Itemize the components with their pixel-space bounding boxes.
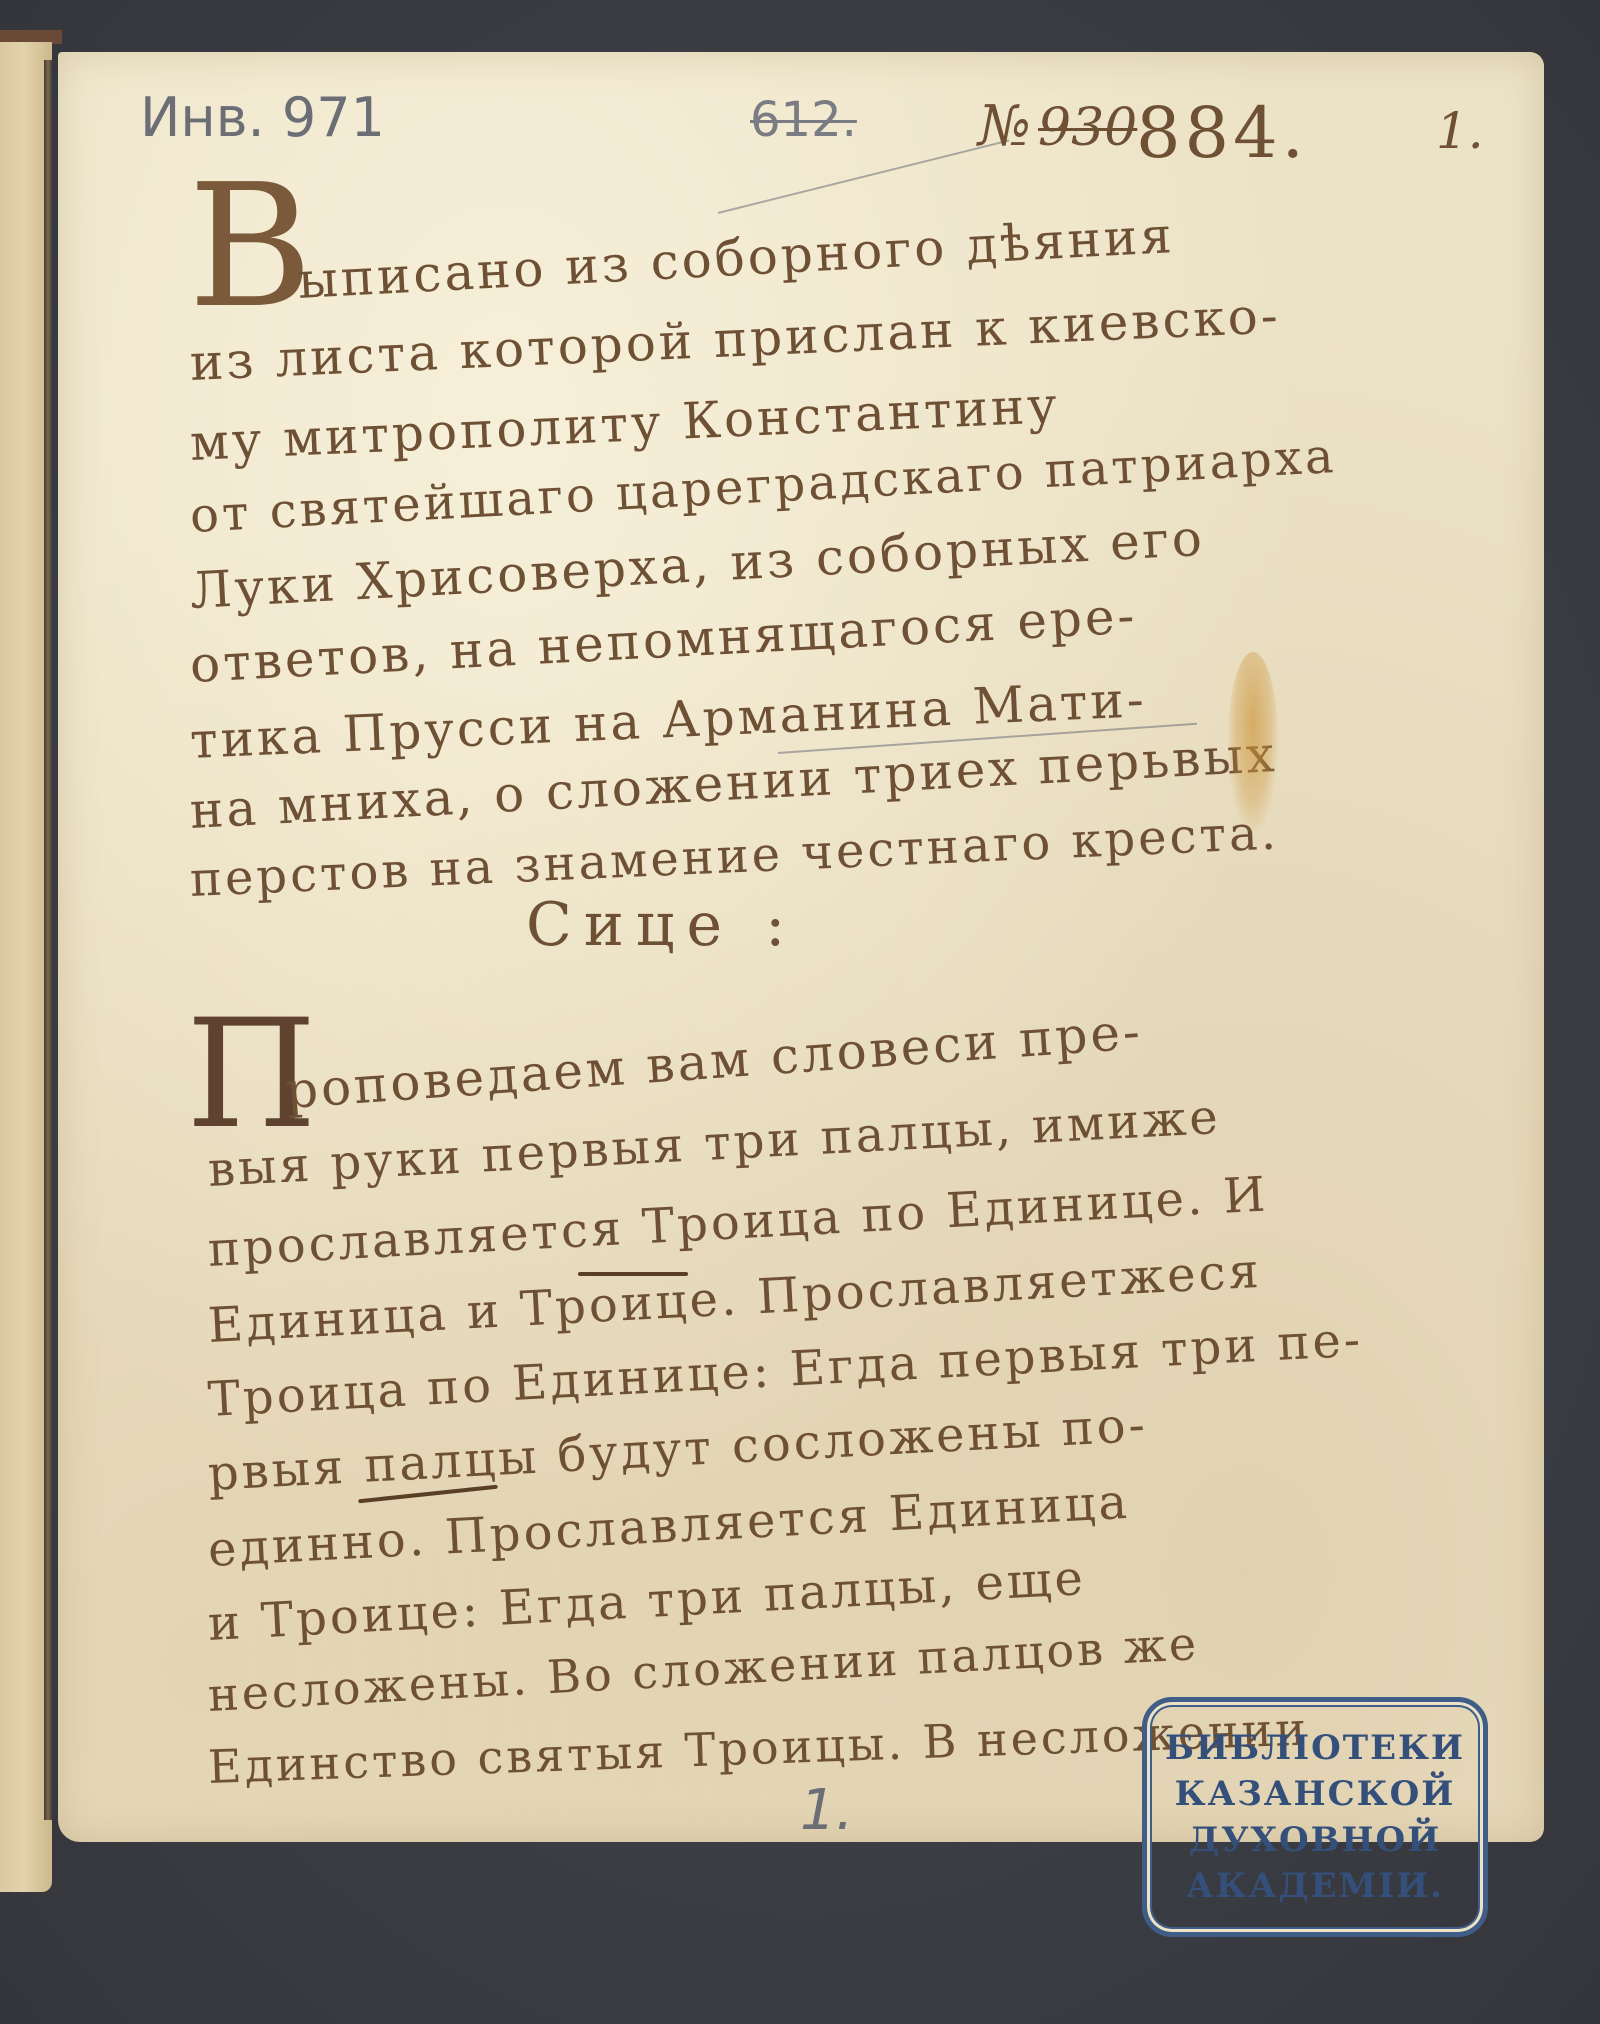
- pencil-stroke: [718, 139, 1010, 214]
- water-stain: [1228, 652, 1278, 832]
- manuscript-page: Инв. 971 612. № 930 884. 1. В ыписано из…: [58, 52, 1544, 1842]
- section-heading: Сице :: [526, 890, 797, 960]
- number-struck: 930: [1038, 98, 1137, 158]
- title-line-1: ыписано из соборного дѣяния: [296, 206, 1176, 310]
- folio-number: 1.: [1436, 102, 1484, 160]
- old-number-struck: 612.: [750, 92, 857, 148]
- stamp-line-4: АКАДЕМІИ.: [1186, 1863, 1444, 1909]
- stamp-line-1: БИБЛІОТЕКИ: [1165, 1725, 1465, 1771]
- title-dropcap: В: [188, 162, 313, 332]
- ink-dash: [578, 1272, 688, 1276]
- binding-gutter: [44, 60, 52, 1820]
- stamp-line-2: КАЗАНСКОЙ: [1175, 1771, 1456, 1817]
- number-current: 884.: [1136, 92, 1308, 174]
- number-prefix: №: [978, 94, 1031, 159]
- inventory-mark: Инв. 971: [140, 86, 385, 149]
- bottom-folio-number: 1.: [800, 1778, 853, 1843]
- stamp-line-3: ДУХОВНОЙ: [1189, 1817, 1441, 1863]
- library-stamp: БИБЛІОТЕКИ КАЗАНСКОЙ ДУХОВНОЙ АКАДЕМІИ.: [1142, 1697, 1488, 1937]
